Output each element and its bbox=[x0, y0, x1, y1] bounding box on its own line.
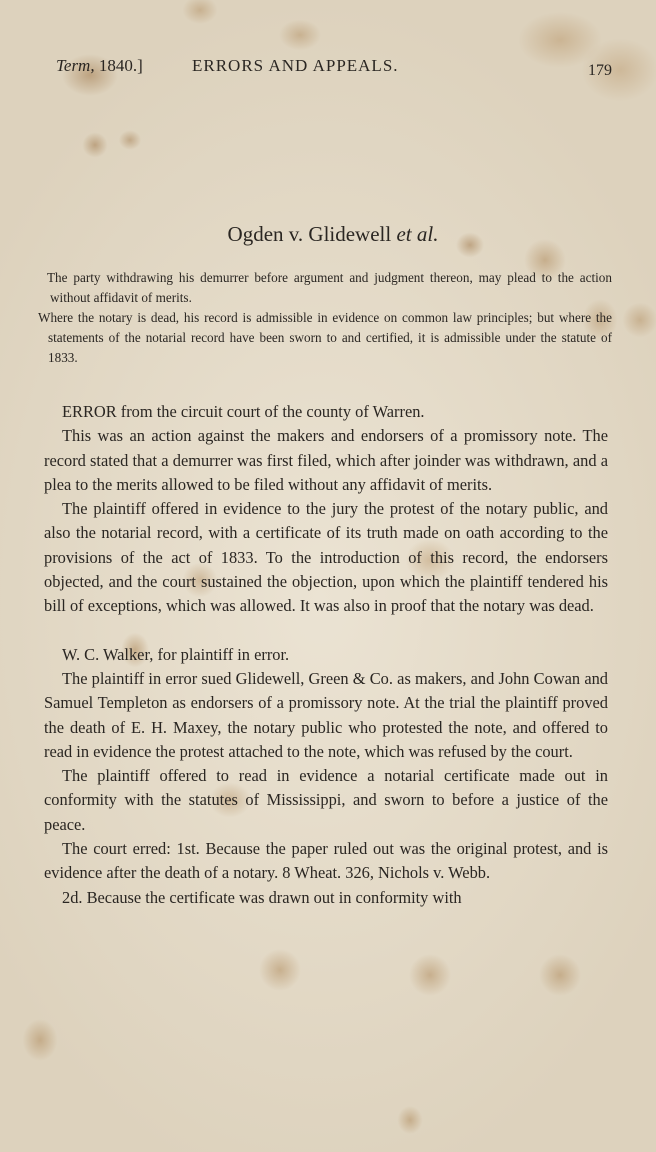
running-head: Term, 1840.] ERRORS AND APPEALS. 179 bbox=[56, 56, 612, 80]
term-label: Term, 1840.] bbox=[56, 56, 143, 76]
paragraph-error-from: ERROR from the circuit court of the coun… bbox=[44, 400, 608, 424]
syllabus-item: Where the notary is dead, his record is … bbox=[38, 308, 612, 368]
paragraph-action: This was an action against the makers an… bbox=[44, 424, 608, 497]
case-title: Ogden v. Glidewell et al. bbox=[0, 222, 656, 247]
paragraph-evidence: The plaintiff offered in evidence to the… bbox=[44, 497, 608, 618]
running-head-title: ERRORS AND APPEALS. bbox=[192, 56, 399, 76]
page-number: 179 bbox=[588, 62, 612, 80]
syllabus: The party withdrawing his demurrer befor… bbox=[38, 268, 612, 368]
opinion-body: ERROR from the circuit court of the coun… bbox=[44, 400, 608, 910]
scanned-page: Term, 1840.] ERRORS AND APPEALS. 179 Ogd… bbox=[0, 0, 656, 1152]
paragraph-court-erred: The court erred: 1st. Because the paper … bbox=[44, 837, 608, 886]
term-italic: Term, bbox=[56, 56, 95, 75]
case-et-al: et al. bbox=[391, 222, 438, 246]
case-name: Ogden v. Glidewell bbox=[228, 222, 392, 246]
paragraph-plaintiff-sued: The plaintiff in error sued Glidewell, G… bbox=[44, 667, 608, 764]
paragraph-second-error: 2d. Because the certificate was drawn ou… bbox=[44, 886, 608, 910]
paragraph-counsel: W. C. Walker, for plaintiff in error. bbox=[44, 643, 608, 667]
paragraph-notarial-certificate: The plaintiff offered to read in evidenc… bbox=[44, 764, 608, 837]
term-year: 1840.] bbox=[95, 56, 143, 75]
syllabus-item: The party withdrawing his demurrer befor… bbox=[38, 268, 612, 308]
